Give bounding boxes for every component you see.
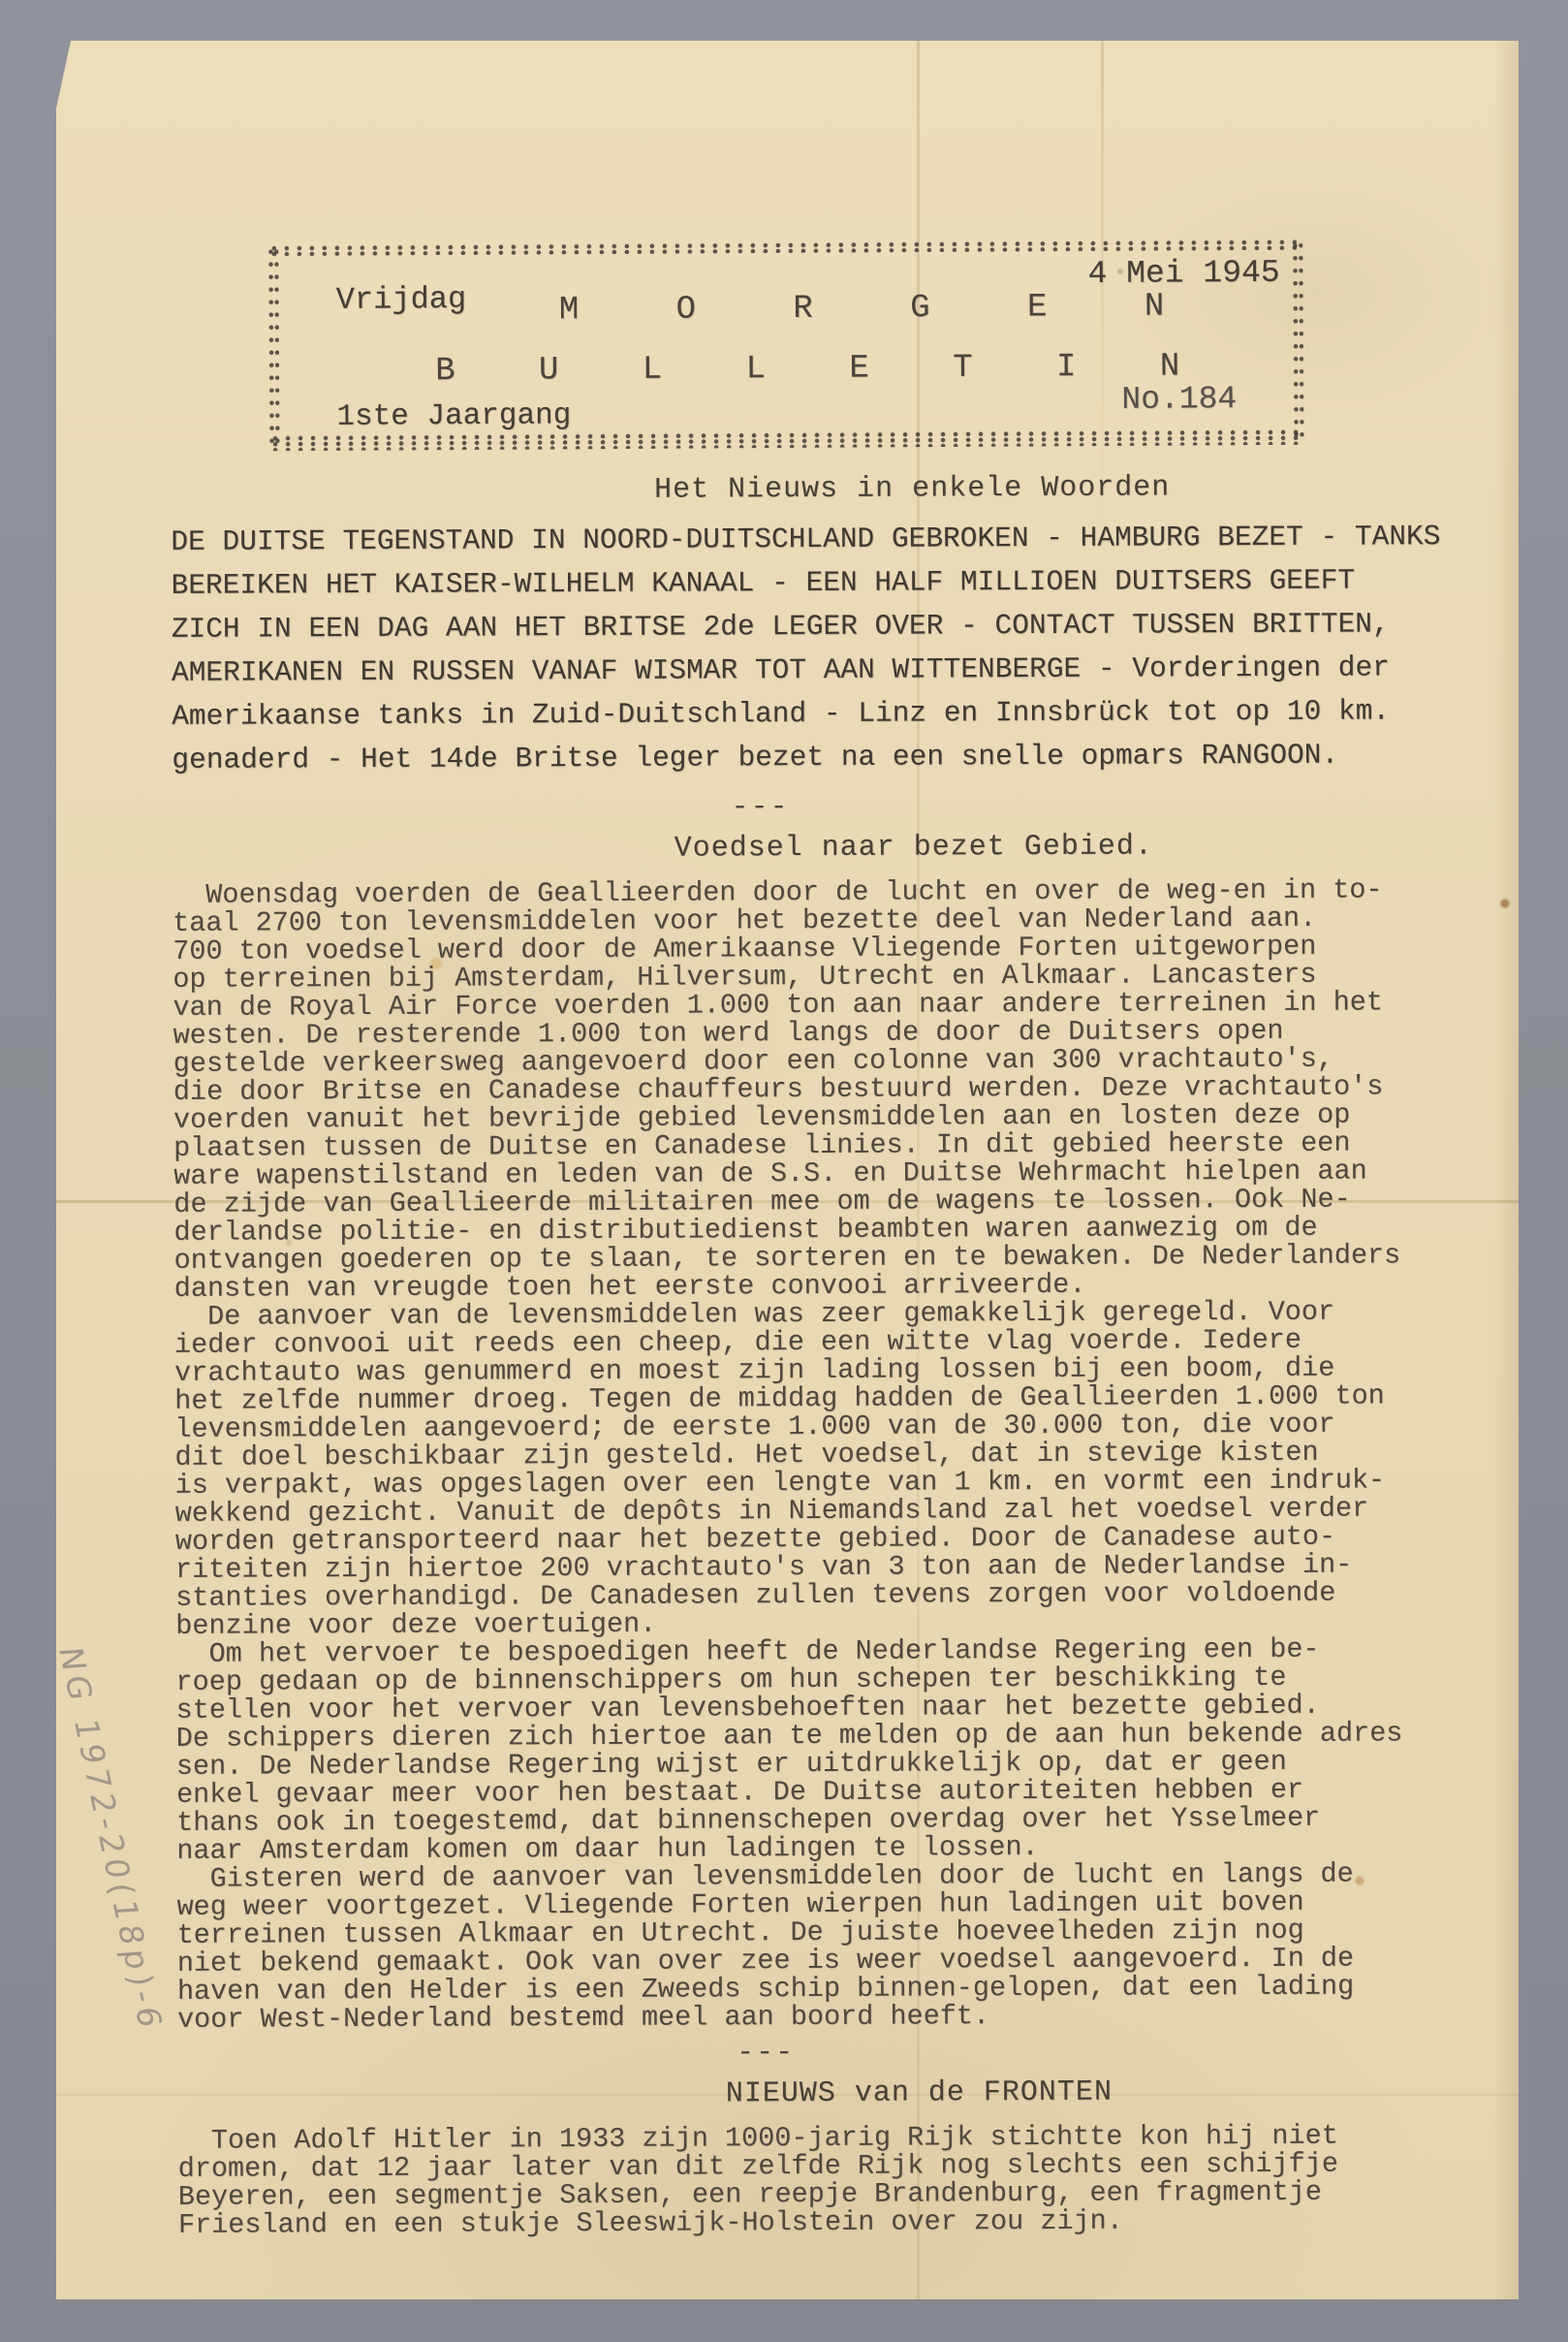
typed-content: Het Nieuws in enkele Woorden DE DUITSE T…: [171, 445, 1467, 2239]
section-heading-voedsel: Voedsel naar bezet Gebied.: [269, 829, 1558, 868]
section-divider: ---: [116, 790, 1405, 825]
paragraph: De aanvoer van de levensmiddelen was zee…: [174, 1297, 1465, 1640]
paragraph: Om het vervoer te bespoedigen heeft de N…: [175, 1634, 1465, 1865]
masthead-title-morgen: M O R G E N: [559, 288, 1204, 329]
section-divider: ---: [121, 2036, 1410, 2071]
paragraph: Toen Adolf Hitler in 1933 zijn 1000-jari…: [178, 2121, 1467, 2239]
dotted-border-top: [267, 239, 1302, 257]
masthead-day: Vrijdag: [336, 281, 467, 318]
masthead-date: 4 Mei 1945: [1087, 255, 1279, 292]
right-edge-shadow: [1493, 41, 1519, 2299]
masthead-title-bulletin: B U L L E T I N: [435, 348, 1211, 390]
dotted-border-left: [267, 245, 279, 451]
news-summary-heading: Het Nieuws in enkele Woorden: [267, 470, 1556, 509]
dotted-border-right: [1292, 239, 1303, 445]
paragraph: Gisteren werd de aanvoer van levensmidde…: [176, 1859, 1466, 2034]
scan-background: Vrijdag 4 Mei 1945 M O R G E N B U L L E…: [0, 0, 1568, 2342]
masthead-volume: 1ste Jaargang: [336, 398, 571, 433]
masthead-issue-number: No.184: [1121, 381, 1237, 418]
document-page: Vrijdag 4 Mei 1945 M O R G E N B U L L E…: [56, 41, 1519, 2299]
masthead-box: Vrijdag 4 Mei 1945 M O R G E N B U L L E…: [267, 239, 1303, 452]
section-heading-fronten: NIEUWS van de FRONTEN: [274, 2074, 1563, 2113]
archive-annotation-pencil: NG 1972-20(18p)-6: [51, 1646, 172, 2033]
news-summary-text: DE DUITSE TEGENSTAND IN NOORD-DUITSCHLAN…: [171, 515, 1460, 782]
paragraph: Woensdag voerden de Geallieerden door de…: [172, 875, 1463, 1303]
